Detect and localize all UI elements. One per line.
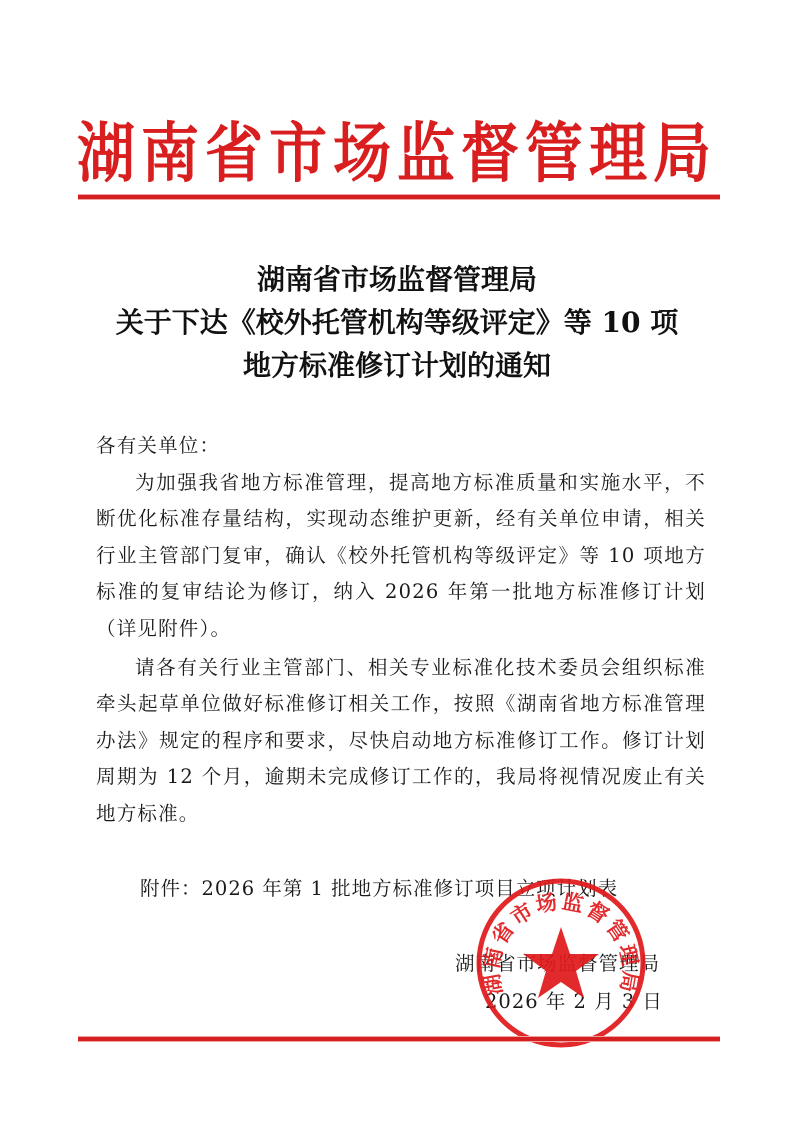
paragraph-2: 请各有关行业主管部门、相关专业标准化技术委员会组织标准牵头起草单位做好标准修订相… bbox=[96, 650, 706, 833]
official-seal-icon: 湖南省市场监督管理局 bbox=[473, 875, 649, 1051]
salutation: 各有关单位： bbox=[96, 428, 706, 465]
footer-divider bbox=[78, 1037, 720, 1041]
seal-star-icon bbox=[523, 927, 599, 998]
masthead-title: 湖南省市场监督管理局 bbox=[0, 114, 794, 192]
document-body: 各有关单位： 为加强我省地方标准管理，提高地方标准质量和实施水平，不断优化标准存… bbox=[96, 428, 706, 833]
title-line-1: 湖南省市场监督管理局 bbox=[0, 258, 794, 301]
masthead-divider bbox=[78, 195, 720, 199]
title-line-3: 地方标准修订计划的通知 bbox=[0, 344, 794, 387]
paragraph-1: 为加强我省地方标准管理，提高地方标准质量和实施水平，不断优化标准存量结构，实现动… bbox=[96, 465, 706, 648]
title-line-2: 关于下达《校外托管机构等级评定》等 10 项 bbox=[0, 301, 794, 344]
document-title: 湖南省市场监督管理局 关于下达《校外托管机构等级评定》等 10 项 地方标准修订… bbox=[0, 258, 794, 387]
